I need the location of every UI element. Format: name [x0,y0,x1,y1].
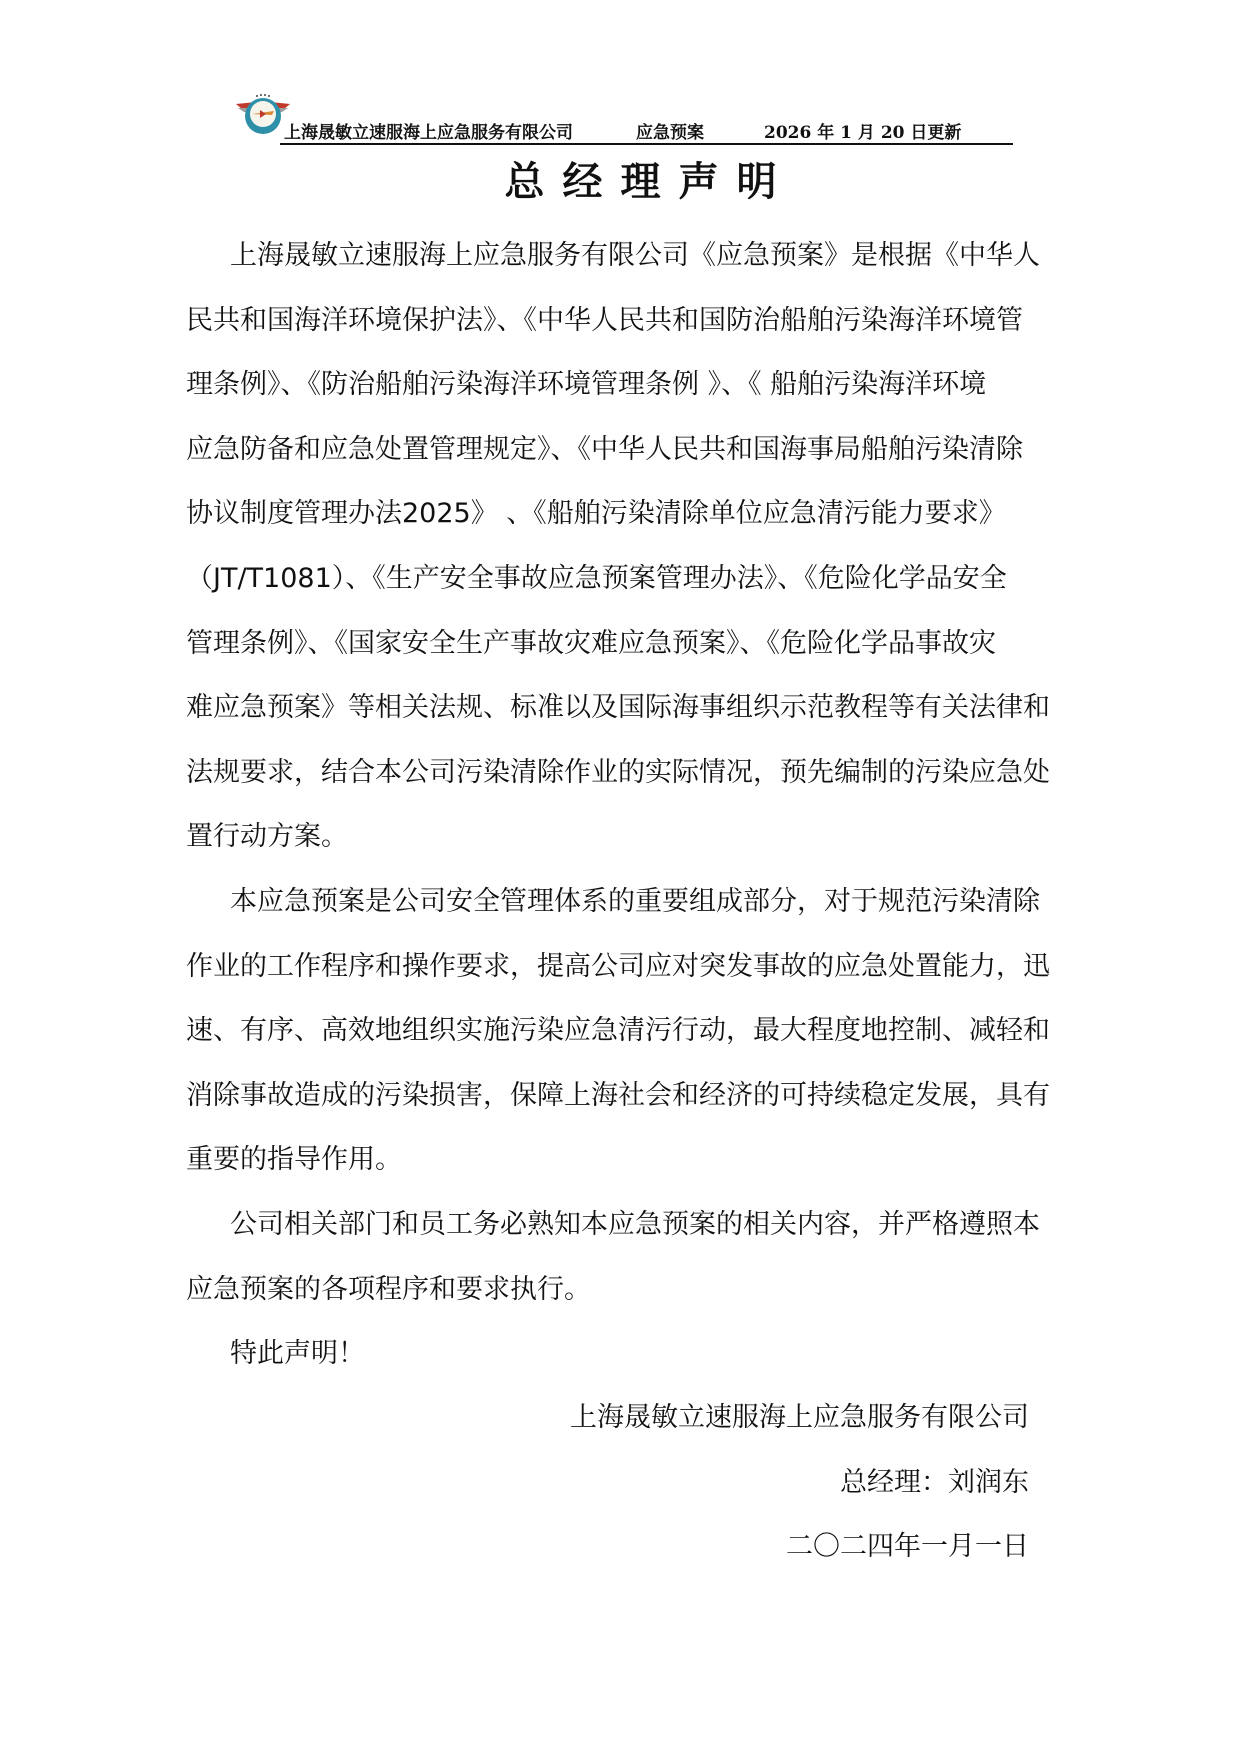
text-line: 难应急预案》等相关法规、标准以及国际海事组织示范教程等有关法律和 [186,676,1020,741]
text-line: 民共和国海洋环境保护法》、《中华人民共和国防治船舶污染海洋环境管 [186,289,1020,354]
page-header: 上海晟敏立速服海上应急服务有限公司应急预案2026 年 1 月 20 日更新 [228,84,1003,146]
text-line: 协议制度管理办法2025》 、《船舶污染清除单位应急清污能力要求》 [186,482,1020,547]
paragraph-3: 公司相关部门和员工务必熟知本应急预案的相关内容，并严格遵照本 应急预案的各项程序… [186,1193,1020,1322]
text-line: 重要的指导作用。 [186,1128,1020,1193]
signature-company: 上海晟敏立速服海上应急服务有限公司 [570,1386,1029,1451]
paragraph-4: 特此声明！ [186,1322,1020,1387]
text-line: 理条例》、《防治船舶污染海洋环境管理条例 》、《 船舶污染海洋环境 [186,353,1020,418]
text-line: 本应急预案是公司安全管理体系的重要组成部分，对于规范污染清除 [186,870,1020,935]
text-line: 消除事故造成的污染损害，保障上海社会和经济的可持续稳定发展，具有 [186,1064,1020,1129]
header-text: 上海晟敏立速服海上应急服务有限公司应急预案2026 年 1 月 20 日更新 [284,118,961,143]
text-line: 应急防备和应急处置管理规定》、《中华人民共和国海事局船舶污染清除 [186,418,1020,483]
statement-body: 上海晟敏立速服海上应急服务有限公司《应急预案》是根据《中华人 民共和国海洋环境保… [186,224,1020,1387]
text-line: 应急预案的各项程序和要求执行。 [186,1258,1020,1323]
text-line: 管理条例》、《国家安全生产事故灾难应急预案》、《危险化学品事故灾 [186,612,1020,677]
text-line: （JT/T1081）、《生产安全事故应急预案管理办法》、《危险化学品安全 [186,547,1020,612]
text-line: 置行动方案。 [186,805,1020,870]
text-line: 上海晟敏立速服海上应急服务有限公司《应急预案》是根据《中华人 [186,224,1020,289]
text-line: 作业的工作程序和操作要求，提高公司应对突发事故的应急处置能力，迅 [186,935,1020,1000]
header-document-type: 应急预案 [636,118,764,143]
header-divider [280,143,1013,145]
signature-block: 上海晟敏立速服海上应急服务有限公司 总经理：刘润东 二〇二四年一月一日 [570,1386,1029,1580]
text-line: 公司相关部门和员工务必熟知本应急预案的相关内容，并严格遵照本 [186,1193,1020,1258]
paragraph-1: 上海晟敏立速服海上应急服务有限公司《应急预案》是根据《中华人 民共和国海洋环境保… [186,224,1020,870]
header-company: 上海晟敏立速服海上应急服务有限公司 [284,118,636,143]
paragraph-2: 本应急预案是公司安全管理体系的重要组成部分，对于规范污染清除 作业的工作程序和操… [186,870,1020,1193]
closing-statement: 特此声明！ [186,1322,1020,1387]
signature-manager: 总经理：刘润东 [570,1451,1029,1516]
signature-date: 二〇二四年一月一日 [570,1515,1029,1580]
text-line: 法规要求，结合本公司污染清除作业的实际情况，预先编制的污染应急处 [186,741,1020,806]
page-title: 总经理声明 [0,150,1241,207]
text-line: 速、有序、高效地组织实施污染应急清污行动，最大程度地控制、减轻和 [186,999,1020,1064]
header-update-date: 2026 年 1 月 20 日更新 [764,118,961,143]
